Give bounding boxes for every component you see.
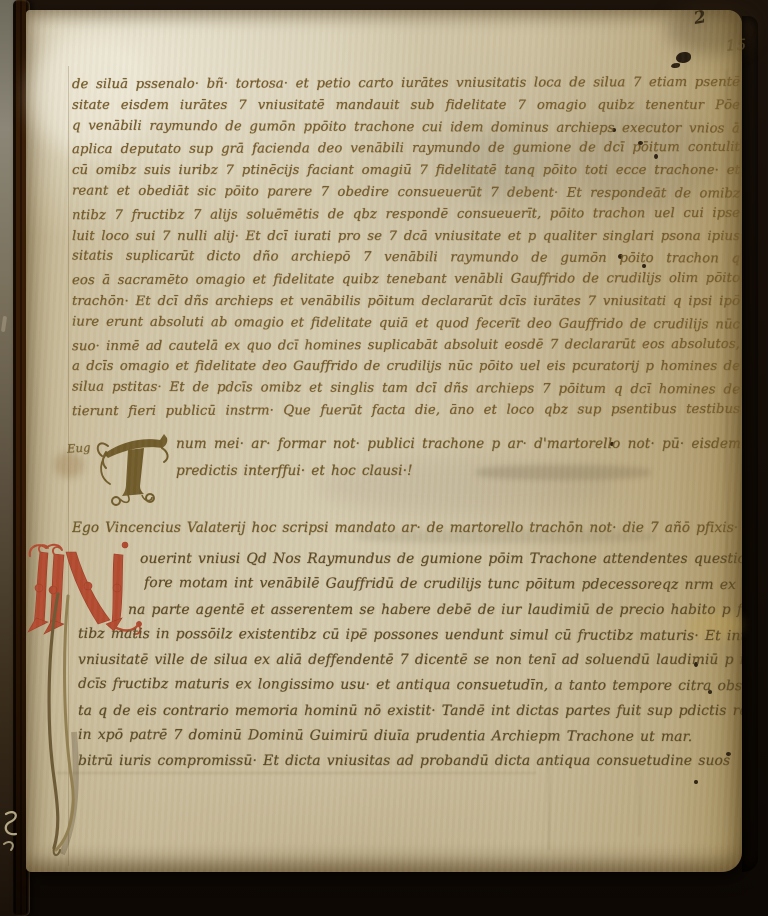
text-line: fore motam int venābilē Gauffridū de cru… <box>144 571 742 598</box>
manuscript-page: 2 15 de siluā pssenalo· bñ· tortosa· et … <box>26 10 742 872</box>
text-line: na parte agentē et asserentem se habere … <box>128 598 742 623</box>
text-line: sitatis suplicarūt dicto dño archiepō 7 … <box>72 246 740 271</box>
text-line: luit loco sui 7 nulli alij· Et dcī iurat… <box>72 226 740 248</box>
text-line: vniusitatē ville de silua ex aliā deffen… <box>78 648 742 673</box>
text-line: a dcīs omagio et fidelitate deo Gauffrid… <box>72 356 740 378</box>
text-line: suo· inmē ad cautelā ex quo dcī homines … <box>72 333 740 357</box>
text-line: de siluā pssenalo· bñ· tortosa· et petio… <box>72 72 740 96</box>
notarial-subscription-block: num mei· ar· formar not· publici trachon… <box>176 431 741 485</box>
text-line: trachōn· Et dcī dñs archieps et venābili… <box>72 291 740 313</box>
text-line: tierunt fieri publicū instrm· Que fuerūt… <box>72 399 740 423</box>
text-line: ta q de eis contrario memoria hominū nō … <box>78 699 742 724</box>
text-line: ouerint vniusi Qd Nos Raymundus de gumio… <box>140 547 742 572</box>
text-line: aplica deputato sup grā facienda deo ven… <box>72 137 740 161</box>
initial-N-letter: N <box>26 540 40 544</box>
leather-tie <box>28 592 92 864</box>
text-line: dcīs fructibz maturis ex longissimo usu·… <box>78 672 742 700</box>
text-line: q venābili raymundo de gumōn ppōito trac… <box>72 115 740 140</box>
text-line: cū omibz suis iuribz 7 ptinēcijs faciant… <box>72 160 740 182</box>
margin-note: Eug <box>67 440 91 456</box>
text-line: eos ā sacramēto omagio et fidelitate qui… <box>72 268 740 292</box>
text-line: predictis interffui· et hoc clausi·! <box>176 458 741 485</box>
text-line: iure erunt absoluti ab omagio et fidelit… <box>72 311 740 336</box>
margin-pen-trial-icon <box>0 806 26 854</box>
ink-blot <box>676 52 691 63</box>
text-line: sitate eisdem iurātes 7 vniusitatē manda… <box>72 95 740 117</box>
text-line: silua pstitas· Et de pdcīs omibz et sing… <box>72 377 740 402</box>
arbitration-text-block: ouerint vniusi Qd Nos Raymundus de gumio… <box>78 547 742 775</box>
text-line: in xpō patrē 7 dominū Dominū Guimirū diu… <box>78 723 742 751</box>
text-line: bitrū iuris compromissū· Et dicta vniusi… <box>78 749 742 774</box>
scribe-line: Ego Vincencius Valaterij hoc scripsi man… <box>72 516 740 540</box>
quire-mark: 2 <box>692 7 707 29</box>
text-line: num mei· ar· formar not· publici trachon… <box>176 431 741 458</box>
text-line: reant et obediāt sic pōito parere 7 obed… <box>72 181 740 206</box>
ink-speck <box>694 780 698 784</box>
charter-text-block: de siluā pssenalo· bñ· tortosa· et petio… <box>72 73 740 422</box>
text-line: ntibz 7 fructibz 7 alijs soluēmētis de q… <box>72 203 740 227</box>
margin-stain <box>54 452 84 478</box>
page-fore-edge <box>742 16 758 872</box>
initial-T-letter: T <box>92 424 103 428</box>
text-line: tibz matis in possōilz existentibz cū ip… <box>78 622 742 650</box>
initial-T: T <box>92 424 172 514</box>
manuscript-photograph: 2 15 de siluā pssenalo· bñ· tortosa· et … <box>0 0 768 916</box>
